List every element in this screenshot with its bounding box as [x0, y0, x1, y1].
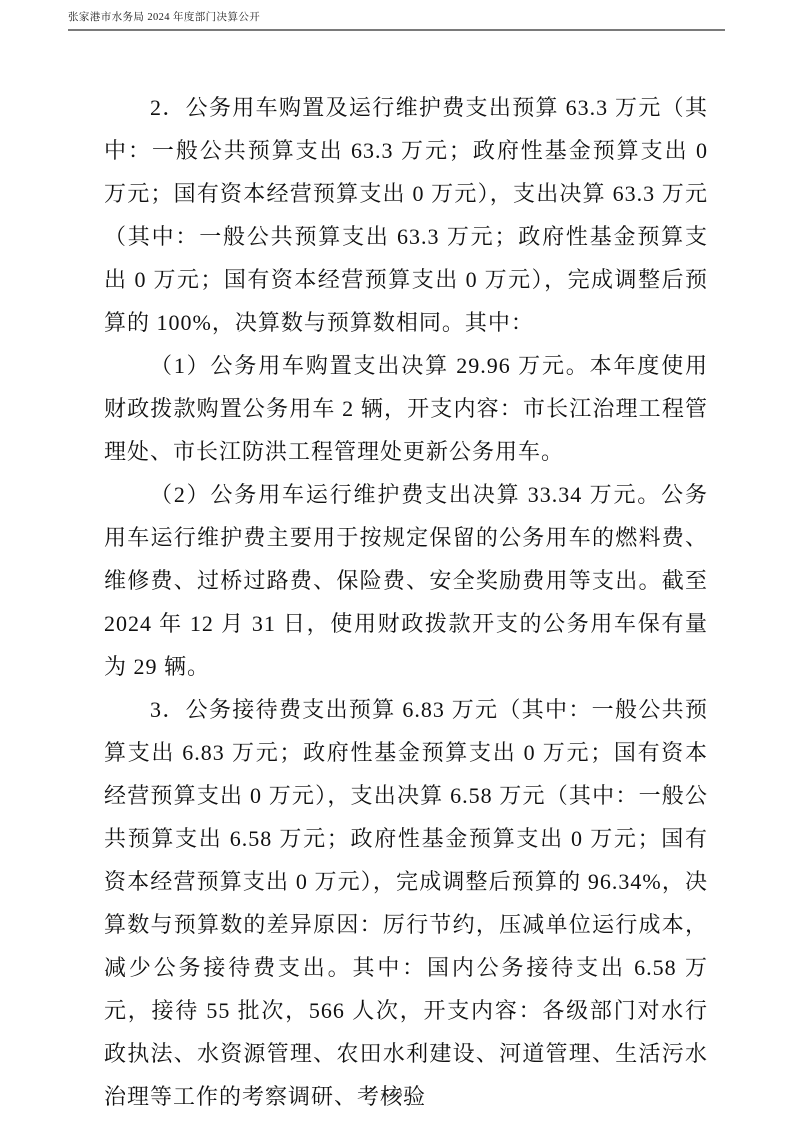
- para-vehicle-purchase-detail: （1）公务用车购置支出决算 29.96 万元。本年度使用财政拨款购置公务用车 2…: [104, 344, 708, 473]
- para-vehicle-budget-summary: 2．公务用车购置及运行维护费支出预算 63.3 万元（其中：一般公共预算支出 6…: [104, 86, 708, 344]
- header-divider: [68, 29, 725, 31]
- page-footer: - 43 -: [0, 1084, 793, 1102]
- page-number: - 43 -: [381, 1088, 412, 1100]
- header-title: 张家港市水务局 2024 年度部门决算公开: [68, 11, 725, 25]
- page-header: 张家港市水务局 2024 年度部门决算公开: [68, 11, 725, 31]
- document-body: 2．公务用车购置及运行维护费支出预算 63.3 万元（其中：一般公共预算支出 6…: [104, 86, 708, 1118]
- para-vehicle-maintenance-detail: （2）公务用车运行维护费支出决算 33.34 万元。公务用车运行维护费主要用于按…: [104, 473, 708, 688]
- para-reception-expense: 3．公务接待费支出预算 6.83 万元（其中：一般公共预算支出 6.83 万元；…: [104, 688, 708, 1118]
- document-page: 张家港市水务局 2024 年度部门决算公开 2．公务用车购置及运行维护费支出预算…: [0, 0, 793, 1122]
